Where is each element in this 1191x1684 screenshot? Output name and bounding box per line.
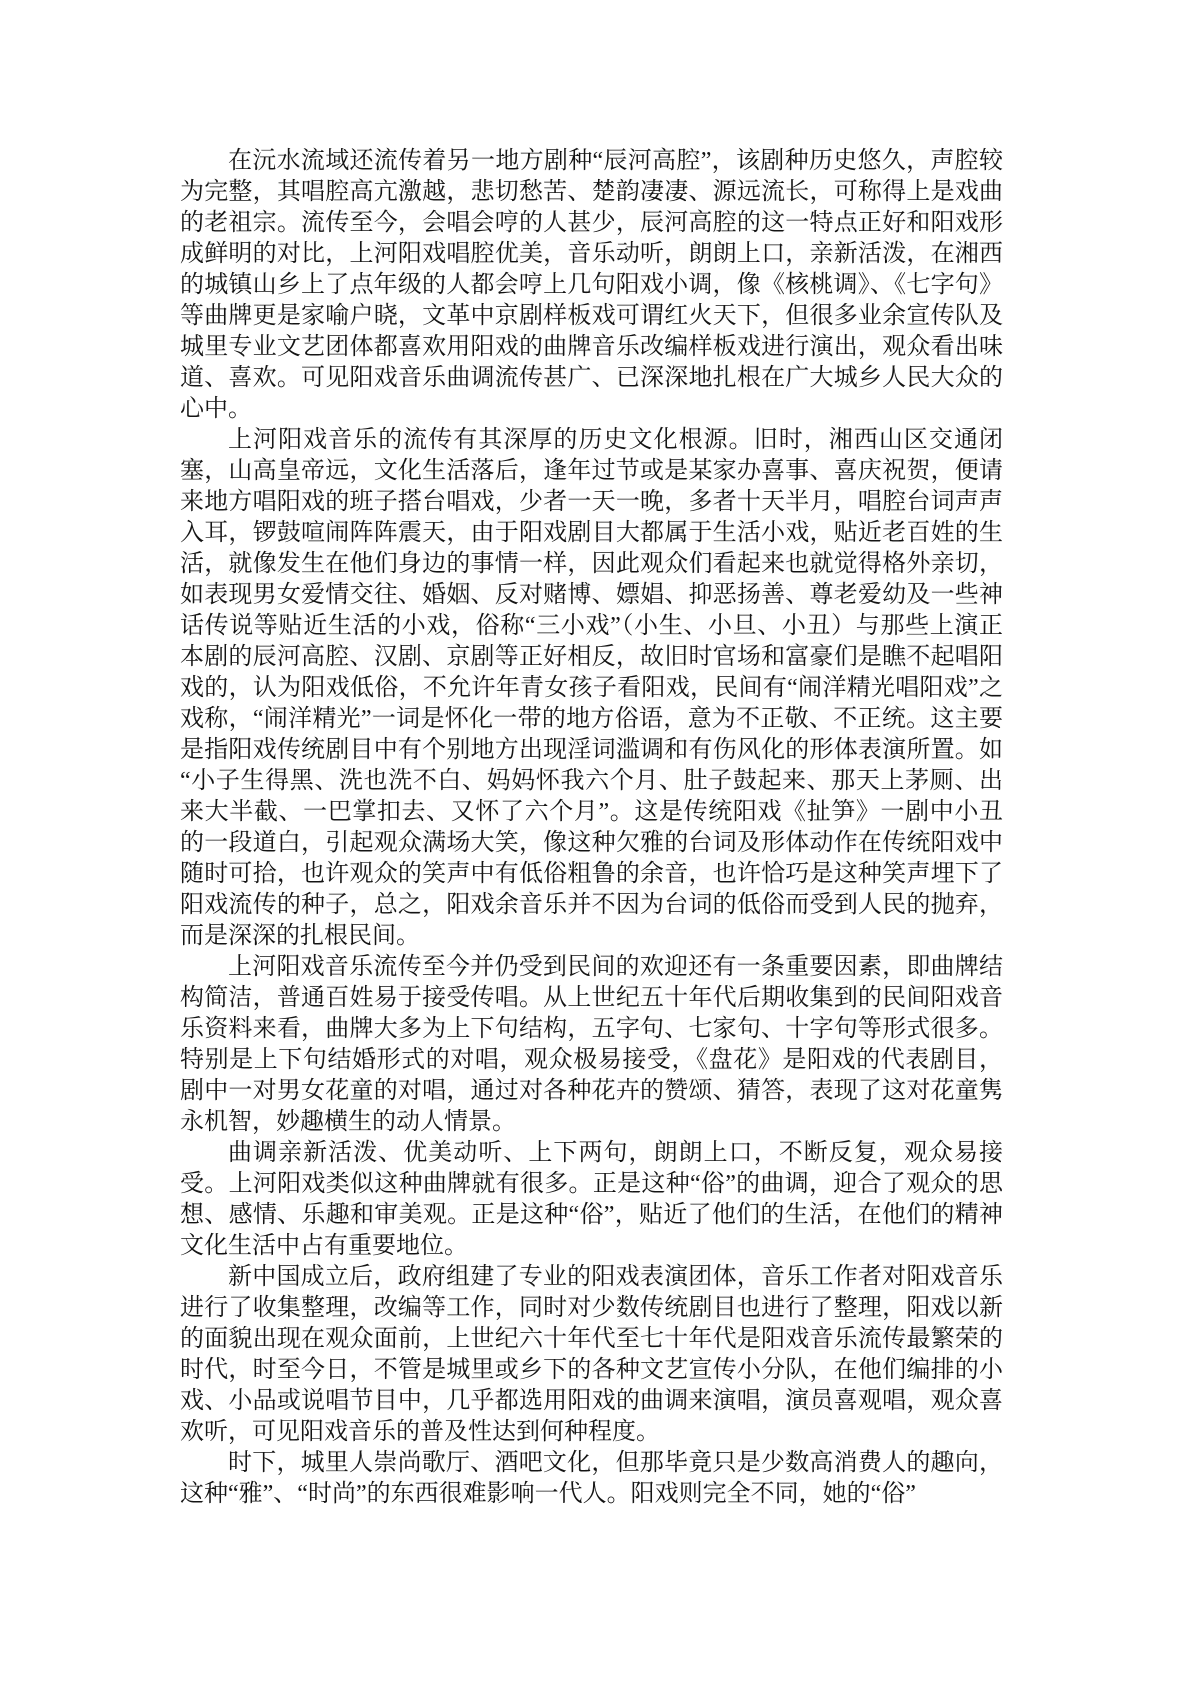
- paragraph: 上河阳戏音乐的流传有其深厚的历史文化根源。旧时，湘西山区交通闭塞，山高皇帝远，文…: [180, 425, 1003, 952]
- paragraph: 曲调亲新活泼、优美动听、上下两句，朗朗上口，不断反复，观众易接受。上河阳戏类似这…: [180, 1138, 1003, 1262]
- paragraph: 在沅水流域还流传着另一地方剧种“辰河高腔”，该剧种历史悠久，声腔较为完整，其唱腔…: [180, 146, 1003, 425]
- paragraph: 新中国成立后，政府组建了专业的阳戏表演团体，音乐工作者对阳戏音乐进行了收集整理，…: [180, 1262, 1003, 1448]
- document-body: 在沅水流域还流传着另一地方剧种“辰河高腔”，该剧种历史悠久，声腔较为完整，其唱腔…: [180, 146, 1003, 1510]
- paragraph: 时下，城里人崇尚歌厅、酒吧文化，但那毕竟只是少数高消费人的趣向，这种“雅”、“时…: [180, 1448, 1003, 1510]
- paragraph: 上河阳戏音乐流传至今并仍受到民间的欢迎还有一条重要因素，即曲牌结构简洁，普通百姓…: [180, 952, 1003, 1138]
- document-page: 在沅水流域还流传着另一地方剧种“辰河高腔”，该剧种历史悠久，声腔较为完整，其唱腔…: [0, 0, 1191, 1684]
